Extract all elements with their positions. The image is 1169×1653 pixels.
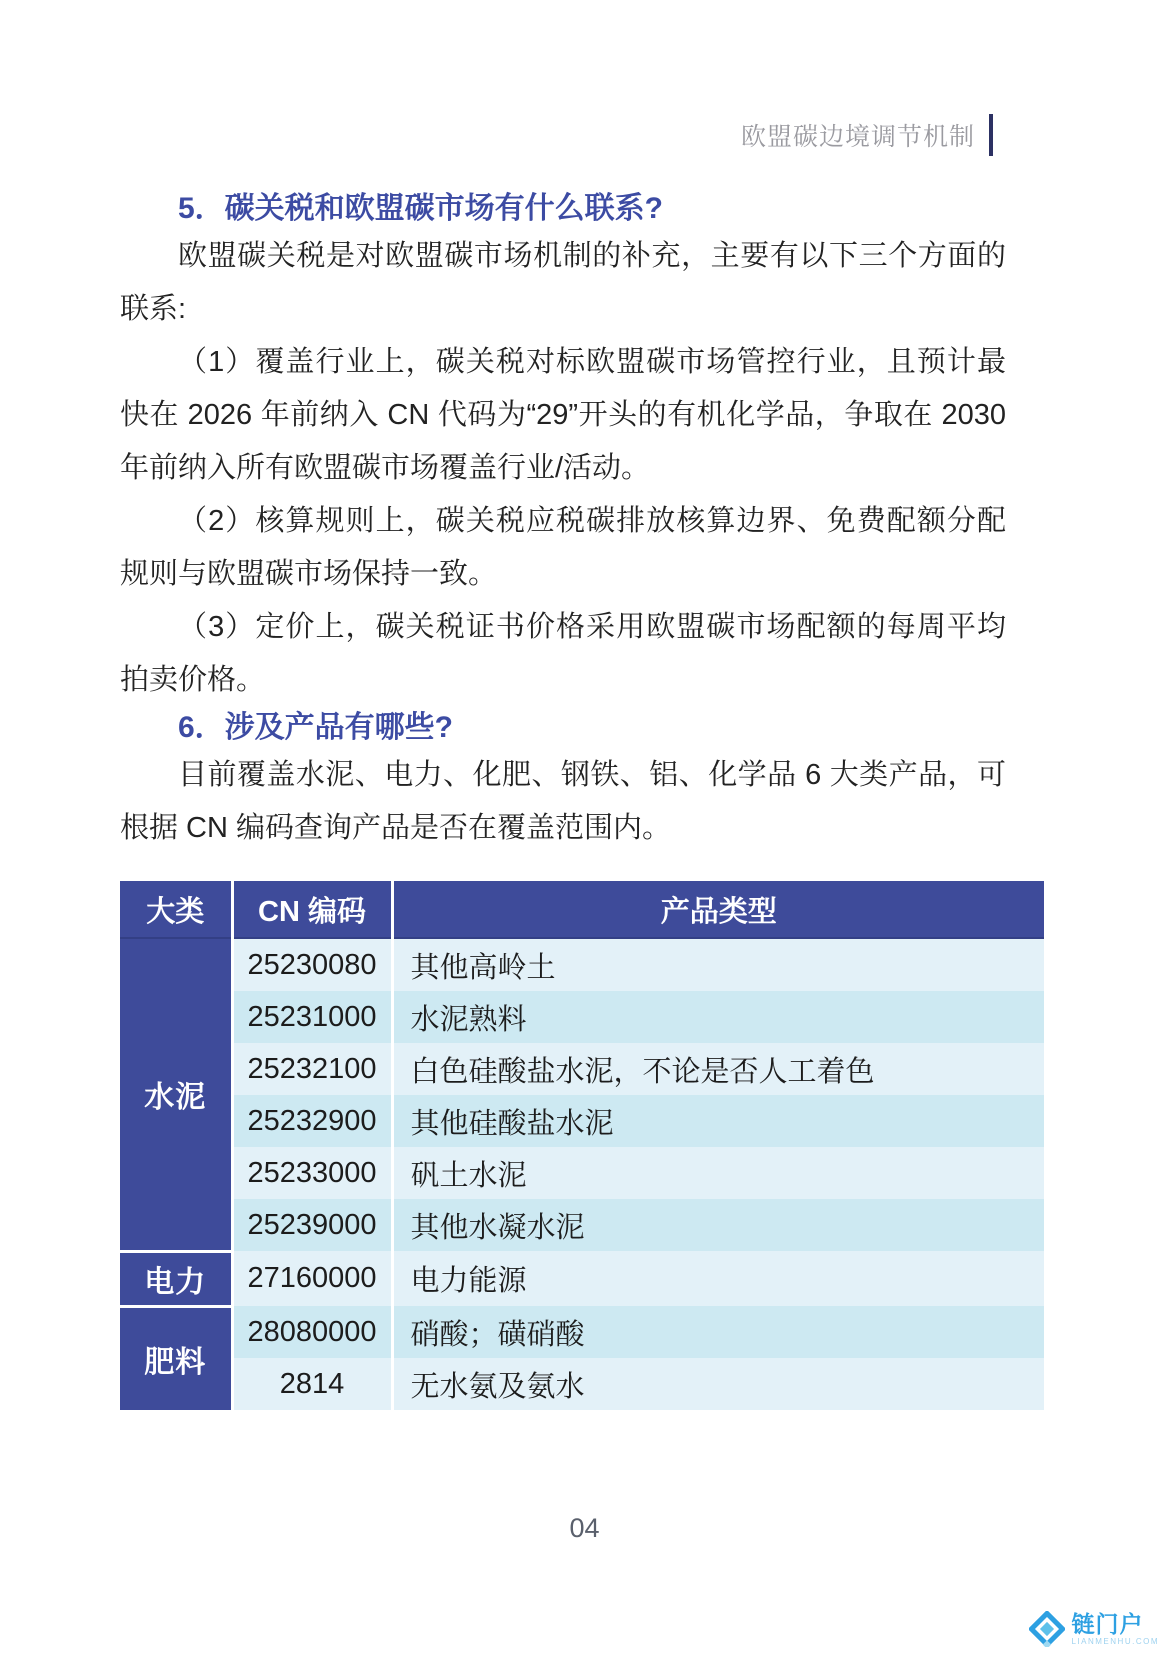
cn-code-cell: 2814	[232, 1358, 392, 1410]
cn-code-cell: 28080000	[232, 1306, 392, 1358]
cn-code-cell: 25239000	[232, 1199, 392, 1251]
product-cell: 其他硅酸盐水泥	[392, 1095, 1044, 1147]
product-coverage-table: 大类 CN 编码 产品类型 水泥 25230080 其他高岭土 25231000…	[120, 881, 1044, 1410]
category-cell-cement: 水泥	[120, 938, 232, 1251]
section5-point-3: （3）定价上，碳关税证书价格采用欧盟碳市场配额的每周平均拍卖价格。	[120, 601, 1006, 707]
product-cell: 水泥熟料	[392, 991, 1044, 1043]
running-head-bar	[989, 114, 993, 156]
table-row: 25233000 矾土水泥	[120, 1147, 1044, 1199]
table-row: 25239000 其他水凝水泥	[120, 1199, 1044, 1251]
cn-code-cell: 27160000	[232, 1251, 392, 1306]
product-cell: 矾土水泥	[392, 1147, 1044, 1199]
header-cn-code: CN 编码	[232, 881, 392, 938]
table-header-row: 大类 CN 编码 产品类型	[120, 881, 1044, 938]
section5-intro: 欧盟碳关税是对欧盟碳市场机制的补充，主要有以下三个方面的联系:	[120, 230, 1006, 336]
cn-code-cell: 25233000	[232, 1147, 392, 1199]
table-row: 2814 无水氨及氨水	[120, 1358, 1044, 1410]
cn-code-cell: 25231000	[232, 991, 392, 1043]
product-cell: 无水氨及氨水	[392, 1358, 1044, 1410]
table-row: 肥料 28080000 硝酸；磺硝酸	[120, 1306, 1044, 1358]
product-cell: 硝酸；磺硝酸	[392, 1306, 1044, 1358]
header-product-type: 产品类型	[392, 881, 1044, 938]
page-content: 5．碳关税和欧盟碳市场有什么联系? 欧盟碳关税是对欧盟碳市场机制的补充，主要有以…	[120, 188, 1006, 1410]
running-head: 欧盟碳边境调节机制	[0, 114, 993, 156]
table-row: 电力 27160000 电力能源	[120, 1251, 1044, 1306]
brand-subtext: LIANMENHU.COM	[1071, 1638, 1159, 1646]
brand-text-block: 链门户 LIANMENHU.COM	[1071, 1613, 1159, 1646]
product-cell: 白色硅酸盐水泥，不论是否人工着色	[392, 1043, 1044, 1095]
section6-heading: 6．涉及产品有哪些?	[120, 707, 1006, 749]
product-cell: 电力能源	[392, 1251, 1044, 1306]
section5-point-2: （2）核算规则上，碳关税应税碳排放核算边界、免费配额分配规则与欧盟碳市场保持一致…	[120, 495, 1006, 601]
section6-intro: 目前覆盖水泥、电力、化肥、钢铁、铝、化学品 6 大类产品，可根据 CN 编码查询…	[120, 749, 1006, 855]
table-row: 水泥 25230080 其他高岭土	[120, 938, 1044, 991]
cn-code-cell: 25232100	[232, 1043, 392, 1095]
table-row: 25232900 其他硅酸盐水泥	[120, 1095, 1044, 1147]
cn-code-cell: 25230080	[232, 938, 392, 991]
running-head-title: 欧盟碳边境调节机制	[741, 117, 975, 153]
brand-watermark: 链门户 LIANMENHU.COM	[1029, 1611, 1159, 1647]
header-category: 大类	[120, 881, 232, 938]
product-cell: 其他水凝水泥	[392, 1199, 1044, 1251]
table-row: 25232100 白色硅酸盐水泥，不论是否人工着色	[120, 1043, 1044, 1095]
category-cell-electricity: 电力	[120, 1251, 232, 1306]
category-cell-fertilizer: 肥料	[120, 1306, 232, 1410]
section5-heading: 5．碳关税和欧盟碳市场有什么联系?	[120, 188, 1006, 230]
brand-diamond-icon	[1029, 1611, 1065, 1647]
brand-name: 链门户	[1071, 1613, 1159, 1636]
page-number: 04	[0, 1513, 1169, 1544]
table-row: 25231000 水泥熟料	[120, 991, 1044, 1043]
section5-point-1: （1）覆盖行业上，碳关税对标欧盟碳市场管控行业，且预计最快在 2026 年前纳入…	[120, 336, 1006, 495]
product-cell: 其他高岭土	[392, 938, 1044, 991]
cn-code-cell: 25232900	[232, 1095, 392, 1147]
